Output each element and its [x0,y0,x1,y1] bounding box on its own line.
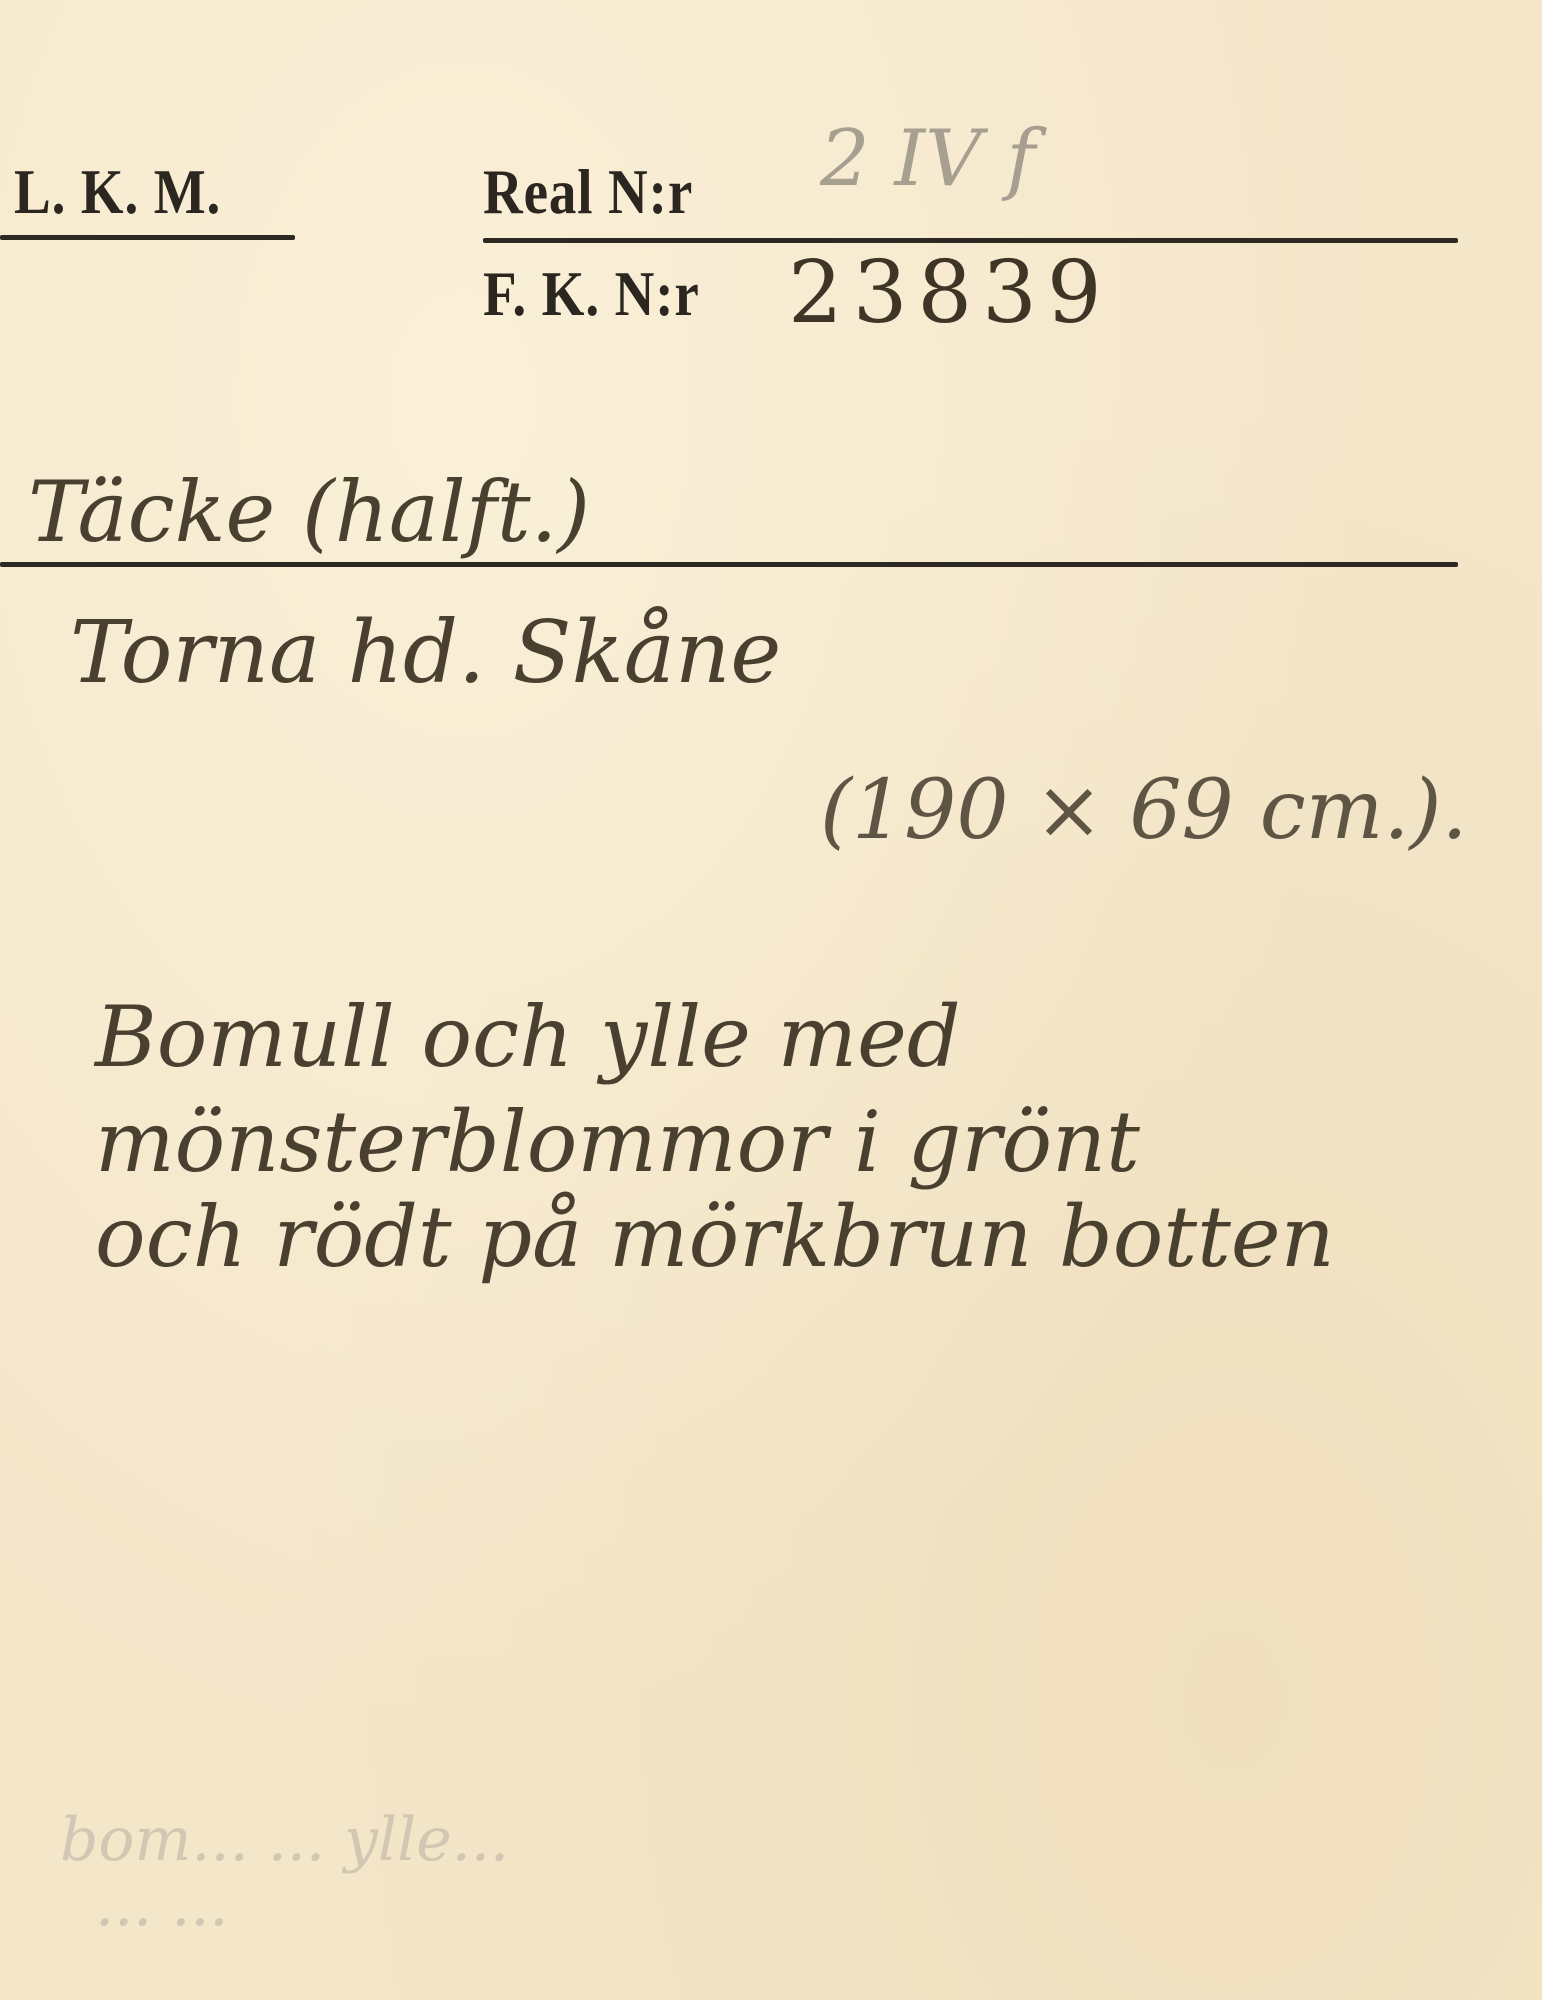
dimensions: (190 × 69 cm.). [820,770,1468,852]
museum-label: L. K. M. [14,160,221,224]
real-nr-label: Real N:r [483,160,693,224]
title-rule [0,562,1458,567]
faint-pencil-note-2: ... ... [95,1870,229,1940]
fk-nr-value: 23839 [788,250,1112,336]
description-line-2: mönsterblommor i grönt [95,1100,1140,1184]
object-title: Täcke (halft.) [28,470,590,554]
fk-nr-label: F. K. N:r [483,262,700,326]
provenance: Torna hd. Skåne [70,610,781,696]
real-nr-value: 2 IV f [820,120,1035,198]
faint-pencil-note-1: bom... ... ylle... [60,1805,509,1875]
description-line-3: och rödt på mörkbrun botten [95,1195,1335,1279]
catalog-card: L. K. M. Real N:r 2 IV f F. K. N:r 23839… [0,0,1542,2000]
description-line-1: Bomull och ylle med [95,995,961,1079]
museum-underline [0,235,295,240]
